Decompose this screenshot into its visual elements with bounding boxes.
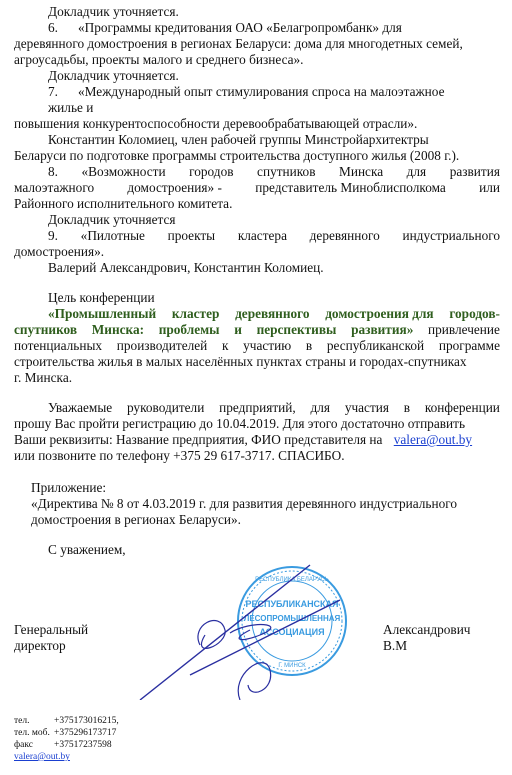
attachment-label: Приложение: bbox=[31, 480, 106, 495]
item-7-title-cont: повышения конкурентоспособности деревооб… bbox=[14, 116, 417, 131]
word: и bbox=[234, 322, 242, 337]
item-9-line-1: 9. «Пилотные проекты кластера деревянног… bbox=[48, 228, 500, 243]
word: городов- bbox=[449, 306, 500, 321]
registration-line-3: Ваши реквизиты: Название предприятия, ФИ… bbox=[14, 432, 472, 447]
goal-line-4: строительства жилья в малых населённых п… bbox=[14, 354, 467, 369]
speaker-tbd: Докладчик уточняется. bbox=[48, 68, 179, 83]
word: участию bbox=[243, 338, 291, 353]
word: домостроения» - bbox=[127, 180, 222, 195]
attachment-line-2: домостроения в регионах Беларуси». bbox=[31, 512, 241, 527]
item-9-line-2: домостроения». bbox=[14, 244, 104, 259]
word: спутников bbox=[257, 164, 315, 179]
item-7-speaker-cont: Беларуси по подготовке программы строите… bbox=[14, 148, 459, 163]
item-9-speaker: Валерий Александрович, Константин Коломи… bbox=[48, 260, 324, 275]
word: кластера bbox=[238, 228, 287, 243]
signer-title-1: Генеральный bbox=[14, 622, 88, 637]
word: республиканской bbox=[327, 338, 424, 353]
registration-line-2: прошу Вас пройти регистрацию до 10.04.20… bbox=[14, 416, 465, 431]
word: привлечение bbox=[428, 322, 500, 337]
email-link[interactable]: valera@out.by bbox=[394, 432, 472, 447]
word: проблемы bbox=[159, 322, 220, 337]
word: программе bbox=[439, 338, 500, 353]
word: домостроения для bbox=[325, 306, 433, 321]
word: развития» bbox=[351, 322, 413, 337]
item-6-title-cont: деревянного домостроения в регионах Бела… bbox=[14, 36, 463, 51]
closing: С уважением, bbox=[48, 542, 126, 557]
word: или bbox=[479, 180, 500, 195]
signer-name-2: В.М bbox=[383, 638, 407, 653]
signature-icon bbox=[130, 555, 360, 700]
word: развития bbox=[450, 164, 500, 179]
word: к bbox=[222, 338, 228, 353]
word: предприятий, bbox=[219, 400, 296, 415]
goal-title-line-1: «Промышленный кластер деревянного домост… bbox=[48, 306, 500, 321]
item-9-number: 9. bbox=[48, 228, 58, 243]
word: Минска bbox=[339, 164, 383, 179]
word: производителей bbox=[117, 338, 207, 353]
word: кластер bbox=[172, 306, 220, 321]
contact-value: +375173016215, bbox=[54, 716, 119, 727]
word: в bbox=[306, 338, 312, 353]
contact-label: факс bbox=[14, 740, 33, 751]
item-8-line-2: малоэтажного домостроения» - представите… bbox=[14, 180, 500, 195]
item-7-speaker: Константин Коломиец, член рабочей группы… bbox=[48, 132, 429, 147]
word: спутников bbox=[14, 322, 77, 337]
word: конференции bbox=[425, 400, 500, 415]
word: «Промышленный bbox=[48, 306, 156, 321]
word: представитель Миноблисполкома bbox=[255, 180, 446, 195]
word: проекты bbox=[168, 228, 216, 243]
contact-value: +375296173717 bbox=[54, 728, 116, 739]
goal-line-5: г. Минска. bbox=[14, 370, 72, 385]
word: Уважаемые bbox=[48, 400, 112, 415]
item-7-title: «Международный опыт стимулирования спрос… bbox=[78, 84, 445, 99]
word: индустриального bbox=[402, 228, 500, 243]
registration-text: Ваши реквизиты: Название предприятия, ФИ… bbox=[14, 432, 382, 447]
goal-label: Цель конференции bbox=[48, 290, 155, 305]
goal-title-line-2: спутников Минска: проблемы и перспективы… bbox=[14, 322, 500, 337]
registration-line-1: Уважаемые руководители предприятий, для … bbox=[48, 400, 500, 415]
registration-line-4: или позвоните по телефону +375 29 617-37… bbox=[14, 448, 345, 463]
word: «Возможности bbox=[82, 164, 166, 179]
attachment-line-1: «Директива № 8 от 4.03.2019 г. для разви… bbox=[31, 496, 457, 511]
contact-email-link[interactable]: valera@out.by bbox=[14, 752, 70, 763]
word: «Пилотные bbox=[81, 228, 145, 243]
item-7-number: 7. bbox=[48, 84, 58, 99]
word: деревянного bbox=[310, 228, 380, 243]
signer-title-2: директор bbox=[14, 638, 66, 653]
item-6-title-cont: агроусадьбы, проекты малого и среднего б… bbox=[14, 52, 304, 67]
item-8-number: 8. bbox=[48, 164, 58, 179]
word: в bbox=[404, 400, 410, 415]
signer-name-1: Александрович bbox=[383, 622, 471, 637]
word: руководители bbox=[127, 400, 204, 415]
contact-label: тел. моб. bbox=[14, 728, 50, 739]
word: для bbox=[311, 400, 331, 415]
item-6-title: «Программы кредитования ОАО «Белагропром… bbox=[78, 20, 402, 35]
word: деревянного bbox=[235, 306, 309, 321]
speaker-tbd: Докладчик уточняется bbox=[48, 212, 175, 227]
item-7-title-cont: жилье и bbox=[48, 100, 93, 115]
word: малоэтажного bbox=[14, 180, 94, 195]
item-6-number: 6. bbox=[48, 20, 58, 35]
word: участия bbox=[345, 400, 389, 415]
contact-value: +37517237598 bbox=[54, 740, 112, 751]
contact-label: тел. bbox=[14, 716, 29, 727]
word: потенциальных bbox=[14, 338, 102, 353]
word: для bbox=[407, 164, 427, 179]
word: перспективы bbox=[257, 322, 337, 337]
word: Минска: bbox=[92, 322, 144, 337]
goal-line-3: потенциальных производителей к участию в… bbox=[14, 338, 500, 353]
speaker-tbd: Докладчик уточняется. bbox=[48, 4, 179, 19]
item-8-line-3: Районного исполнительного комитета. bbox=[14, 196, 232, 211]
word: городов bbox=[189, 164, 233, 179]
item-8-line-1: 8. «Возможности городов спутников Минска… bbox=[48, 164, 500, 179]
